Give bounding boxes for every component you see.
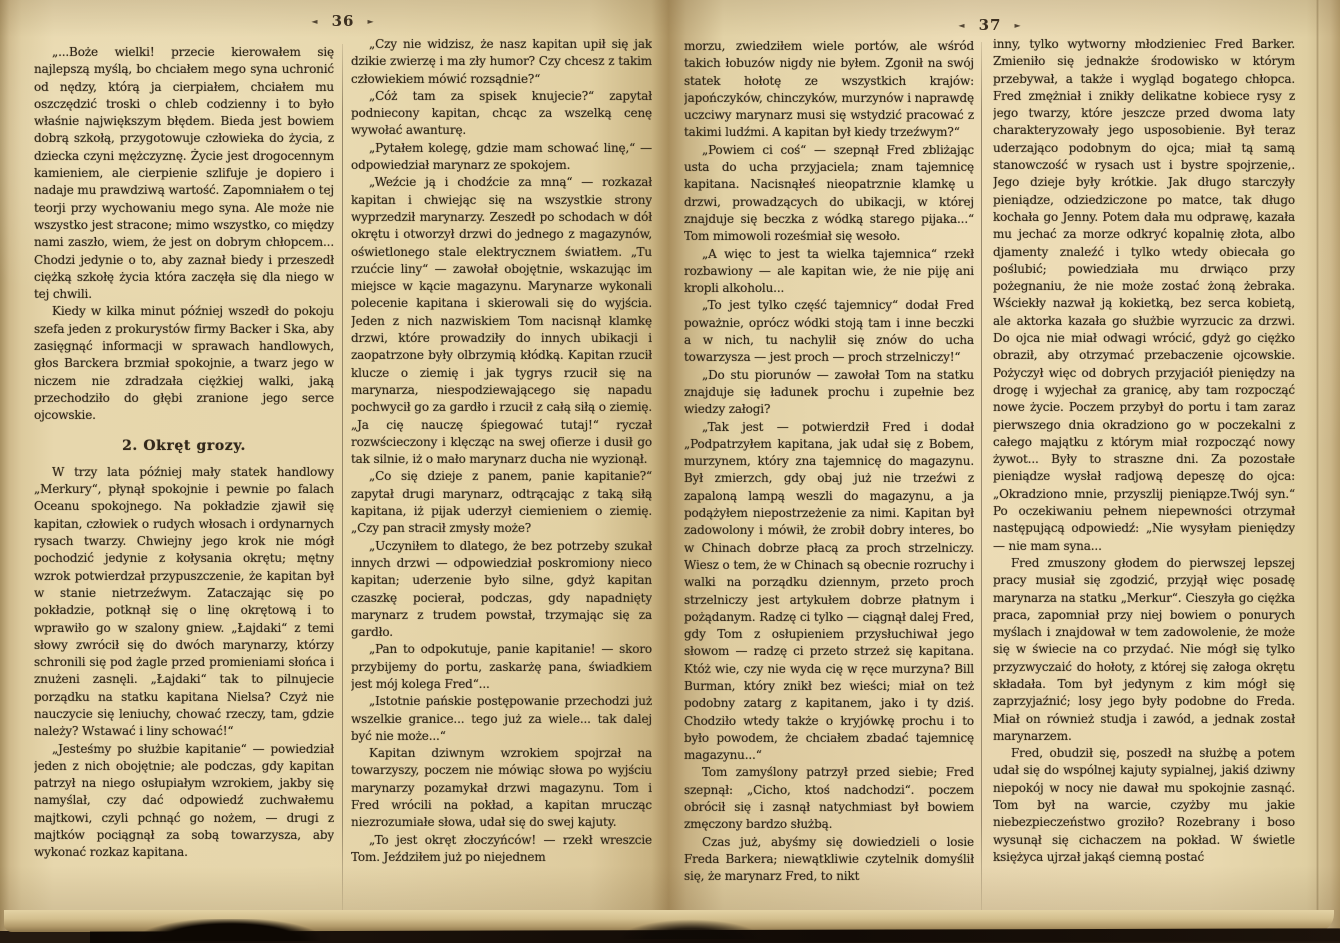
ornament-right-icon: ► xyxy=(367,17,374,26)
paragraph: „Czy nie widzisz, że nasz kapitan upił s… xyxy=(351,36,652,88)
page36-column-2: „Czy nie widzisz, że nasz kapitan upił s… xyxy=(351,36,652,918)
paragraph: Kiedy w kilka minut później wszedł do po… xyxy=(34,303,334,424)
book-spread-photo: ◄36► ◄37► „...Boże wielki! przecie kiero… xyxy=(0,0,1340,943)
paragraph: „Uczyniłem to dlatego, że bez potrzeby s… xyxy=(351,538,652,642)
paragraph: Fred zmuszony głodem do pierwszej lepsze… xyxy=(993,555,1295,745)
paragraph: „...Boże wielki! przecie kierowałem się … xyxy=(34,44,334,303)
paragraph: „To jest okręt złoczyńców! — rzekł wresz… xyxy=(351,832,652,867)
paragraph: „Tak jest — potwierdził Fred i dodał „Po… xyxy=(684,419,974,765)
paragraph: Czas już, abyśmy się dowiedzieli o losie… xyxy=(684,834,974,886)
page-number-right: 37 xyxy=(979,16,1002,34)
paragraph: „Pytałem kolegę, gdzie mam schować linę,… xyxy=(351,140,652,175)
paragraph: „Pan to odpokutuje, panie kapitanie! — s… xyxy=(351,641,652,693)
ornament-right-icon: ► xyxy=(1014,21,1021,30)
ornament-left-icon: ◄ xyxy=(311,17,318,26)
paragraph: „Powiem ci coś“ — szepnął Fred zbliżając… xyxy=(684,142,974,246)
column-divider-left-page xyxy=(342,44,343,910)
paragraph: „Co się dzieje z panem, panie kapitanie?… xyxy=(351,468,652,537)
chapter-heading: 2. Okręt grozy. xyxy=(34,438,334,455)
paragraph: W trzy lata później mały statek handlowy… xyxy=(34,464,334,741)
page-header-left: ◄36► xyxy=(35,12,651,30)
page36-column-1: „...Boże wielki! przecie kierowałem się … xyxy=(34,44,334,918)
paragraph: Kapitan dziwnym wzrokiem spojrzał na tow… xyxy=(351,745,652,831)
paragraph: „Istotnie pańskie postępowanie przechodz… xyxy=(351,693,652,745)
page-header-right: ◄37► xyxy=(684,16,1296,34)
column-divider-right-page xyxy=(981,42,982,910)
paragraph: „A więc to jest ta wielka tajemnica“ rze… xyxy=(684,246,974,298)
page37-column-2: inny, tylko wytworny młodzieniec Fred Ba… xyxy=(993,36,1295,918)
paragraph: Tom zamyślony patrzył przed siebie; Fred… xyxy=(684,764,974,833)
paragraph: „Jesteśmy po służbie kapitanie“ — powied… xyxy=(34,741,334,862)
right-page-crease xyxy=(1316,0,1319,931)
ornament-left-icon: ◄ xyxy=(958,21,965,30)
paragraph: „Cóż tam za spisek knujecie?“ zapytał po… xyxy=(351,88,652,140)
page-number-left: 36 xyxy=(332,12,355,30)
paragraph: inny, tylko wytworny młodzieniec Fred Ba… xyxy=(993,36,1295,555)
paragraph: „Do stu piorunów — zawołał Tom na statku… xyxy=(684,367,974,419)
page37-column-1: morzu, zwiedziłem wiele portów, ale wśró… xyxy=(684,38,974,916)
bottom-shadow-blob xyxy=(140,919,320,941)
paragraph: „To jest tylko część tajemnicy“ dodał Fr… xyxy=(684,297,974,366)
paragraph: morzu, zwiedziłem wiele portów, ale wśró… xyxy=(684,38,974,142)
paragraph: Fred, obudził się, poszedł na służbę a p… xyxy=(993,745,1295,866)
paragraph: „Weźcie ją i chodźcie za mną“ — rozkazał… xyxy=(351,174,652,468)
